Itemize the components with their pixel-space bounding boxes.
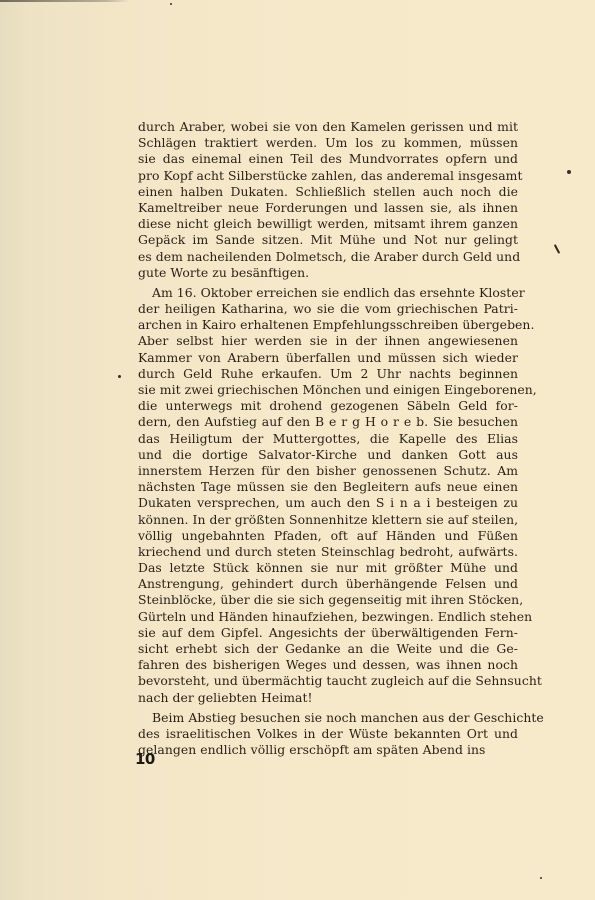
- paper-speck: [540, 877, 542, 879]
- text-line: durch Araber, wobei sie von den Kamelen …: [138, 119, 518, 135]
- text-line: Aber selbst hier werden sie in der ihnen…: [138, 333, 518, 349]
- text-line: sicht erhebt sich der Gedanke an die Wei…: [138, 641, 518, 657]
- text-line: Steinblöcke, über die sie sich gegenseit…: [138, 592, 518, 608]
- paragraph: Am 16. Oktober erreichen sie endlich das…: [138, 285, 518, 706]
- text-line: Kameltreiber neue Forderungen und lassen…: [138, 200, 518, 216]
- text-line: archen in Kairo erhaltenen Empfehlungssc…: [138, 317, 518, 333]
- text-line: sie das einemal einen Teil des Mundvorra…: [138, 151, 518, 167]
- text-line: Beim Abstieg besuchen sie noch manchen a…: [138, 710, 518, 726]
- text-line: Anstrengung, gehindert durch überhängend…: [138, 576, 518, 592]
- text-line: kriechend und durch steten Steinschlag b…: [138, 544, 518, 560]
- text-line: Kammer von Arabern überfallen und müssen…: [138, 350, 518, 366]
- text-line: bevorsteht, und übermächtig taucht zugle…: [138, 673, 518, 689]
- paper-speck: [118, 375, 121, 378]
- text-line: völlig ungebahnten Pfaden, oft auf Hände…: [138, 528, 518, 544]
- text-line: sie auf dem Gipfel. Angesichts der überw…: [138, 625, 518, 641]
- page-top-edge-shadow: [0, 0, 130, 2]
- text-line: gelangen endlich völlig erschöpft am spä…: [138, 742, 518, 758]
- text-line: können. In der größten Sonnenhitze klett…: [138, 512, 518, 528]
- text-line: Das letzte Stück können sie nur mit größ…: [138, 560, 518, 576]
- text-line: Dukaten versprechen, um auch den S i n a…: [138, 495, 518, 511]
- text-line: nach der geliebten Heimat!: [138, 690, 518, 706]
- text-line: dern, den Aufstieg auf den B e r g H o r…: [138, 414, 518, 430]
- text-line: diese nicht gleich bewilligt werden, mit…: [138, 216, 518, 232]
- text-line: es dem nacheilenden Dolmetsch, die Arabe…: [138, 249, 518, 265]
- paragraph: Beim Abstieg besuchen sie noch manchen a…: [138, 710, 518, 759]
- text-line: Schlägen traktiert werden. Um los zu kom…: [138, 135, 518, 151]
- text-line: innerstem Herzen für den bisher genossen…: [138, 463, 518, 479]
- text-line: nächsten Tage müssen sie den Begleitern …: [138, 479, 518, 495]
- text-line: und die dortige Salvator-Kirche und dank…: [138, 447, 518, 463]
- text-line: Am 16. Oktober erreichen sie endlich das…: [138, 285, 518, 301]
- paragraph: durch Araber, wobei sie von den Kamelen …: [138, 119, 518, 281]
- text-line: Gürteln und Händen hinaufziehen, bezwing…: [138, 609, 518, 625]
- text-line: Gepäck im Sande sitzen. Mit Mühe und Not…: [138, 232, 518, 248]
- text-line: einen halben Dukaten. Schließlich stelle…: [138, 184, 518, 200]
- page-number: 10: [135, 750, 155, 768]
- paper-speck: [170, 3, 172, 5]
- text-line: der heiligen Katharina, wo sie die vom g…: [138, 301, 518, 317]
- text-line: die unterwegs mit drohend gezogenen Säbe…: [138, 398, 518, 414]
- text-line: fahren des bisherigen Weges und dessen, …: [138, 657, 518, 673]
- text-line: das Heiligtum der Muttergottes, die Kape…: [138, 431, 518, 447]
- body-text: durch Araber, wobei sie von den Kamelen …: [138, 119, 518, 758]
- text-line: gute Worte zu besänftigen.: [138, 265, 518, 281]
- text-line: pro Kopf acht Silberstücke zahlen, das a…: [138, 168, 518, 184]
- text-line: des israelitischen Volkes in der Wüste b…: [138, 726, 518, 742]
- text-line: durch Geld Ruhe erkaufen. Um 2 Uhr nacht…: [138, 366, 518, 382]
- paper-speck: [567, 170, 571, 174]
- text-line: sie mit zwei griechischen Mönchen und ei…: [138, 382, 518, 398]
- paper-scratch: [554, 244, 560, 254]
